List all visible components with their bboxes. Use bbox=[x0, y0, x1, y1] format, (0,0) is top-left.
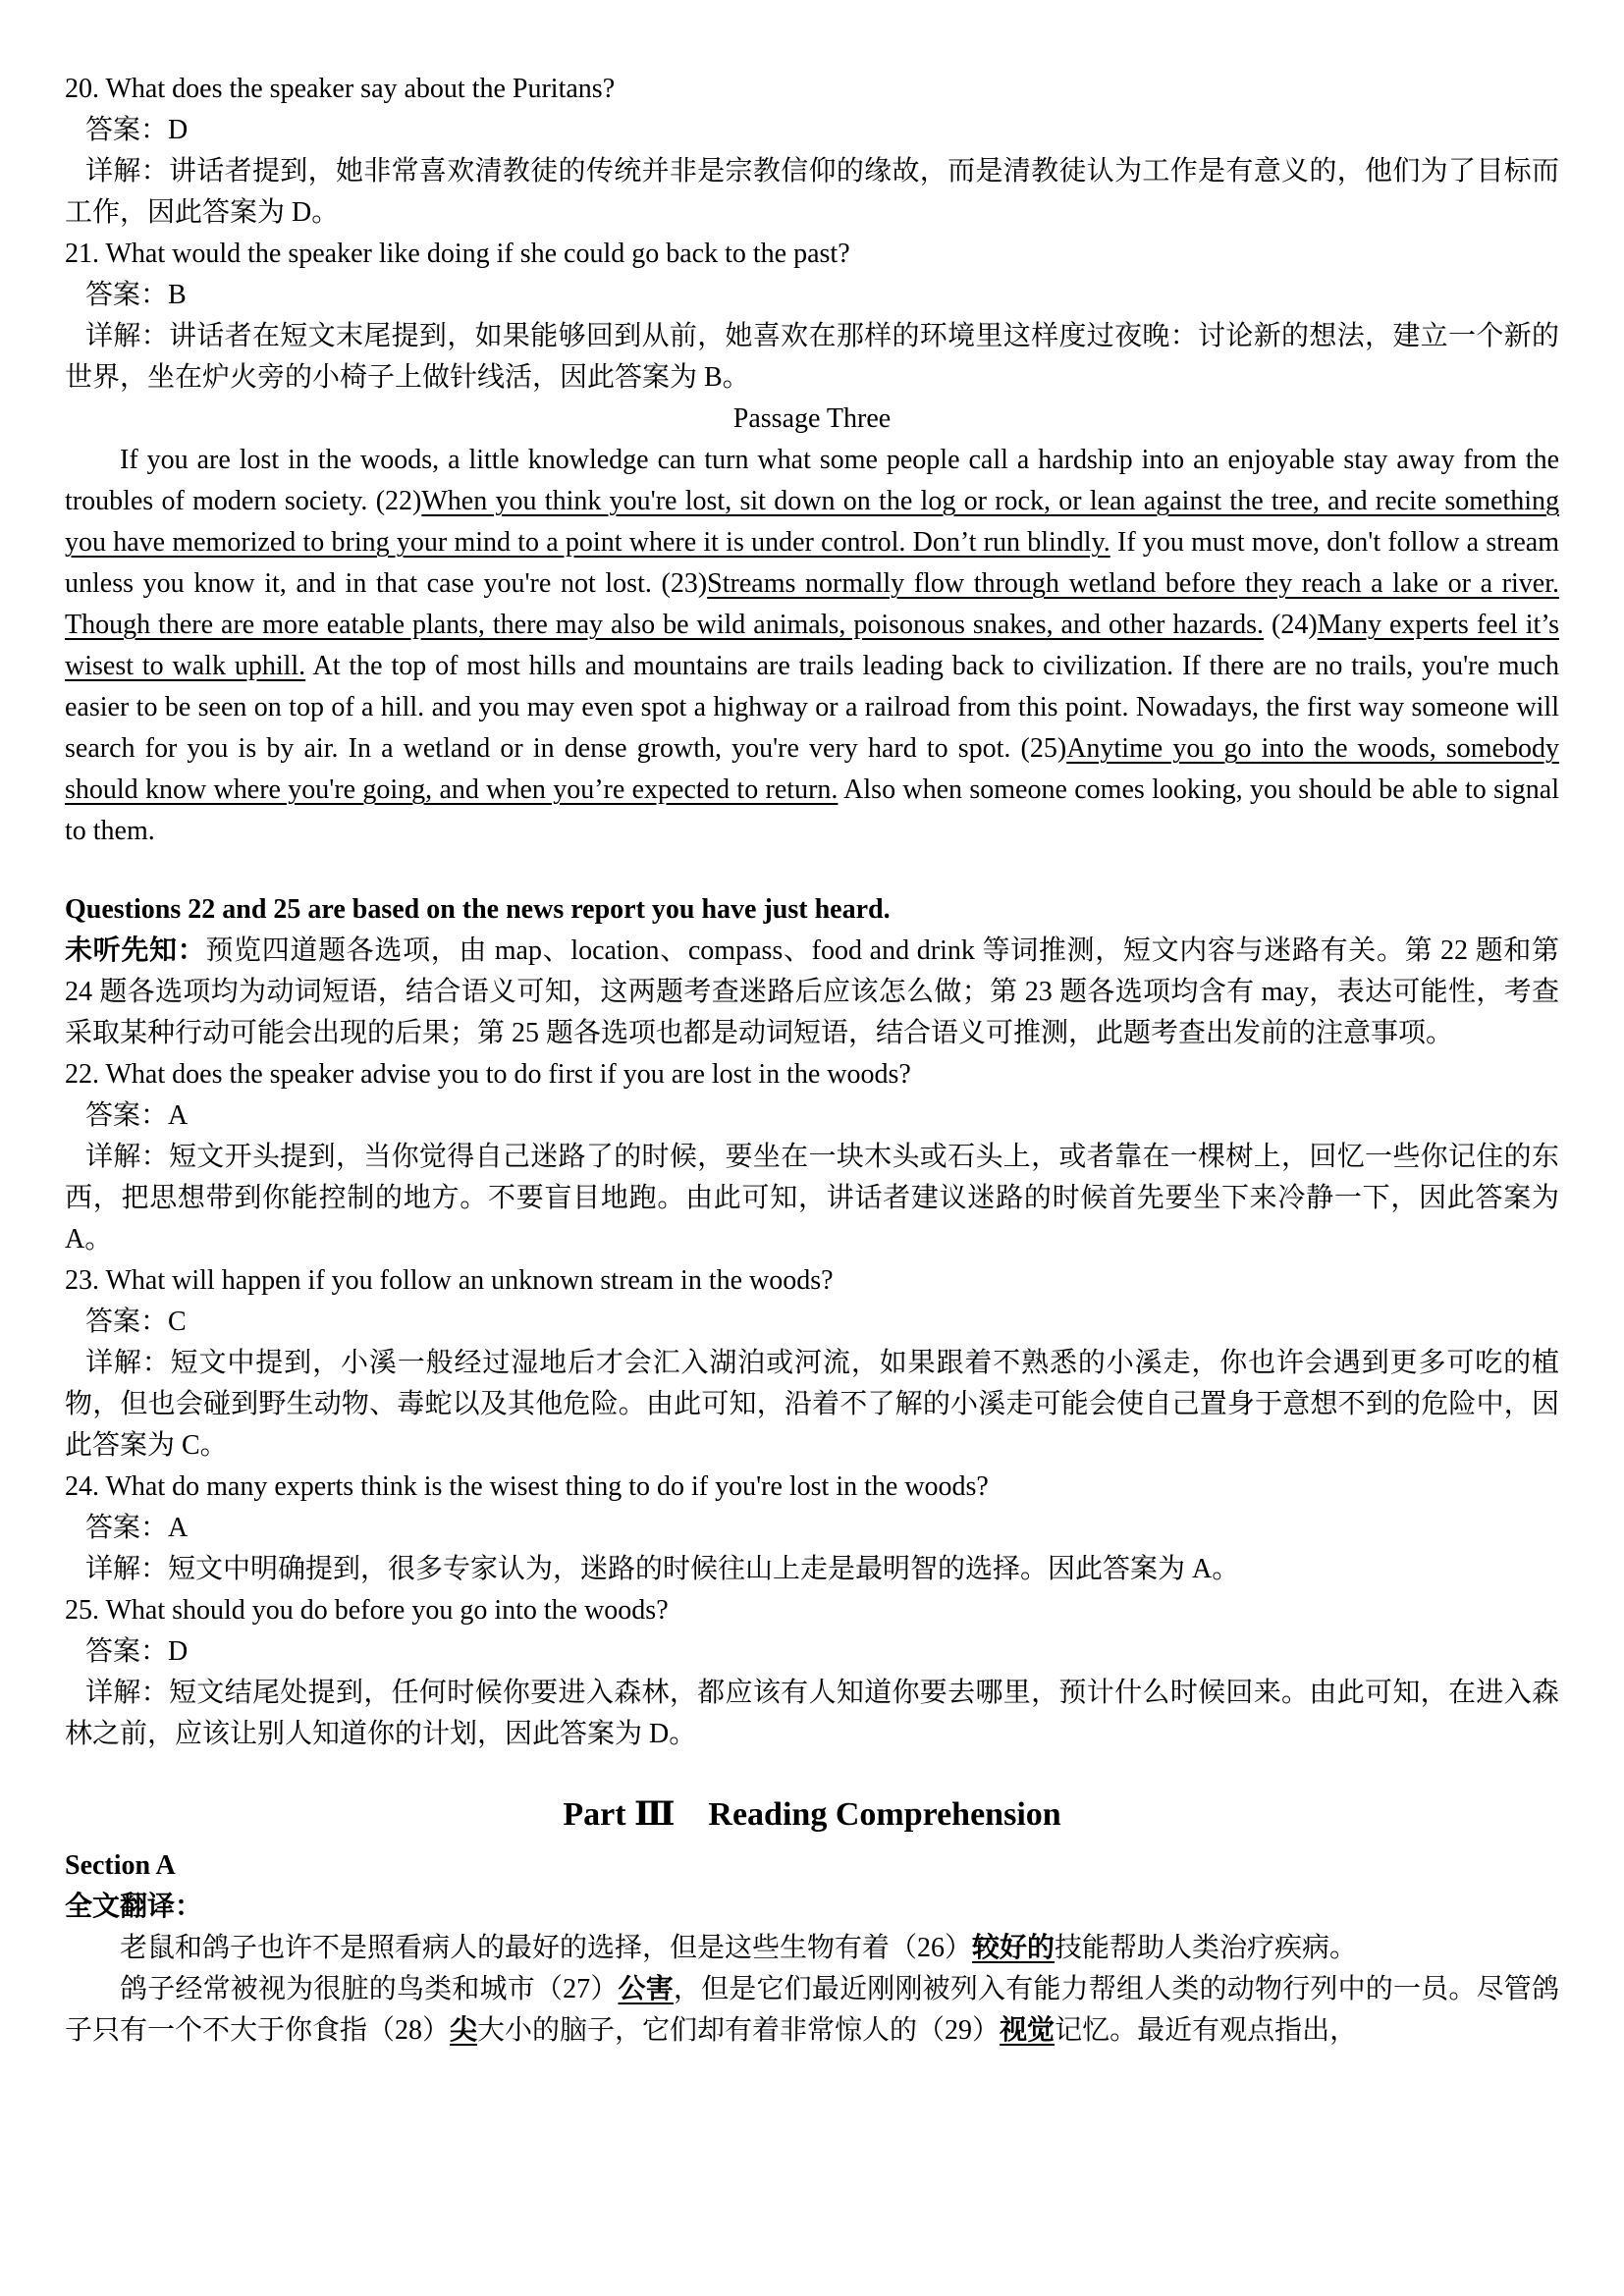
explanation-text: 讲话者在短文末尾提到，如果能够回到从前，她喜欢在那样的环境里这样度过夜晚：讨论新… bbox=[65, 321, 1559, 393]
answer-label: 答案： bbox=[85, 1307, 168, 1337]
answer-label: 答案： bbox=[85, 1636, 168, 1667]
explanation-text: 短文结尾处提到，任何时候你要进入森林，都应该有人知道你要去哪里，预计什么时候回来… bbox=[65, 1678, 1559, 1749]
explanation-text: 短文中明确提到，很多专家认为，迷路的时候往山上走是最明智的选择。因此答案为 A。 bbox=[168, 1554, 1239, 1584]
explanation-line: 详解：短文中明确提到，很多专家认为，迷路的时候往山上走是最明智的选择。因此答案为… bbox=[65, 1549, 1559, 1590]
question-number: 20. bbox=[65, 74, 99, 104]
explanation-text: 短文中提到，小溪一般经过湿地后才会汇入湖泊或河流，如果跟着不熟悉的小溪走，你也许… bbox=[65, 1348, 1559, 1461]
question-text: What do many experts think is the wisest… bbox=[106, 1471, 989, 1502]
pre-listening-text: 预览四道题各选项，由 map、location、compass、food and… bbox=[65, 935, 1559, 1048]
translation-heading: 全文翻译： bbox=[65, 1887, 1559, 1928]
explanation-line: 详解：短文中提到，小溪一般经过湿地后才会汇入湖泊或河流，如果跟着不熟悉的小溪走，… bbox=[65, 1343, 1559, 1467]
explanation-text: 讲话者提到，她非常喜欢清教徒的传统并非是宗教信仰的缘故，而是清教徒认为工作是有意… bbox=[65, 156, 1559, 228]
question-number: 22. bbox=[65, 1059, 99, 1090]
question-text: What would the speaker like doing if she… bbox=[106, 239, 850, 269]
answer-value: C bbox=[168, 1307, 187, 1337]
part3-title: Part Ⅲ Reading Comprehension bbox=[65, 1794, 1559, 1836]
explanation-label: 详解： bbox=[85, 1348, 171, 1378]
answer-line: 答案：D bbox=[65, 110, 1559, 151]
answer-value: B bbox=[168, 280, 187, 310]
explanation-line: 详解：短文开头提到，当你觉得自己迷路了的时候，要坐在一块木头或石头上，或者靠在一… bbox=[65, 1137, 1559, 1260]
question-number: 25. bbox=[65, 1595, 99, 1626]
explanation-text: 短文开头提到，当你觉得自己迷路了的时候，要坐在一块木头或石头上，或者靠在一棵树上… bbox=[65, 1142, 1559, 1255]
question-number: 21. bbox=[65, 239, 99, 269]
explanation-label: 详解： bbox=[85, 1678, 169, 1708]
pre-listening-note: 未听先知：预览四道题各选项，由 map、location、compass、foo… bbox=[65, 931, 1559, 1054]
answer-value: A bbox=[168, 1100, 188, 1131]
question-line: 25. What should you do before you go int… bbox=[65, 1590, 1559, 1631]
translation-paragraph-1: 老鼠和鸽子也许不是照看病人的最好的选择，但是这些生物有着（26）较好的技能帮助人… bbox=[65, 1928, 1559, 1969]
passage-three-text: If you are lost in the woods, a little k… bbox=[65, 440, 1559, 852]
explanation-label: 详解： bbox=[85, 1142, 169, 1172]
question-block-21: 21. What would the speaker like doing if… bbox=[65, 234, 1559, 399]
explanation-label: 详解： bbox=[85, 321, 169, 351]
answer-value: D bbox=[168, 1636, 188, 1667]
pre-listening-label: 未听先知： bbox=[65, 935, 205, 966]
explanation-line: 详解：短文结尾处提到，任何时候你要进入森林，都应该有人知道你要去哪里，预计什么时… bbox=[65, 1673, 1559, 1755]
question-text: What will happen if you follow an unknow… bbox=[106, 1265, 834, 1296]
question-line: 23. What will happen if you follow an un… bbox=[65, 1260, 1559, 1302]
question-block-22: 22. What does the speaker advise you to … bbox=[65, 1054, 1559, 1260]
question-line: 24. What do many experts think is the wi… bbox=[65, 1467, 1559, 1508]
question-line: 20. What does the speaker say about the … bbox=[65, 69, 1559, 110]
explanation-line: 详解：讲话者在短文末尾提到，如果能够回到从前，她喜欢在那样的环境里这样度过夜晚：… bbox=[65, 316, 1559, 399]
translation-paragraph-2: 鸽子经常被视为很脏的鸟类和城市（27）公害，但是它们最近刚刚被列入有能力帮组人类… bbox=[65, 1969, 1559, 2052]
answer-label: 答案： bbox=[85, 1100, 168, 1131]
section-a-heading: Section A bbox=[65, 1845, 1559, 1887]
question-line: 21. What would the speaker like doing if… bbox=[65, 234, 1559, 275]
answer-line: 答案：A bbox=[65, 1508, 1559, 1549]
answer-label: 答案： bbox=[85, 115, 168, 145]
answer-line: 答案：C bbox=[65, 1302, 1559, 1343]
question-number: 24. bbox=[65, 1471, 99, 1502]
explanation-label: 详解： bbox=[85, 1554, 168, 1584]
question-number: 23. bbox=[65, 1265, 99, 1296]
question-text: What does the speaker advise you to do f… bbox=[106, 1059, 911, 1090]
questions-note: Questions 22 and 25 are based on the new… bbox=[65, 889, 1559, 931]
question-text: What does the speaker say about the Puri… bbox=[106, 74, 616, 104]
answer-line: 答案：B bbox=[65, 275, 1559, 316]
answer-value: D bbox=[168, 115, 188, 145]
explanation-line: 详解：讲话者提到，她非常喜欢清教徒的传统并非是宗教信仰的缘故，而是清教徒认为工作… bbox=[65, 151, 1559, 234]
question-block-20: 20. What does the speaker say about the … bbox=[65, 69, 1559, 234]
answer-label: 答案： bbox=[85, 280, 168, 310]
answer-line: 答案：A bbox=[65, 1095, 1559, 1137]
explanation-label: 详解： bbox=[85, 156, 169, 187]
answer-label: 答案： bbox=[85, 1513, 168, 1543]
question-block-23: 23. What will happen if you follow an un… bbox=[65, 1260, 1559, 1467]
question-text: What should you do before you go into th… bbox=[106, 1595, 669, 1626]
question-block-25: 25. What should you do before you go int… bbox=[65, 1590, 1559, 1755]
passage-three-title: Passage Three bbox=[65, 399, 1559, 440]
answer-line: 答案：D bbox=[65, 1631, 1559, 1673]
answer-value: A bbox=[168, 1513, 188, 1543]
question-line: 22. What does the speaker advise you to … bbox=[65, 1054, 1559, 1095]
question-block-24: 24. What do many experts think is the wi… bbox=[65, 1467, 1559, 1590]
document-page: 20. What does the speaker say about the … bbox=[0, 0, 1624, 2296]
